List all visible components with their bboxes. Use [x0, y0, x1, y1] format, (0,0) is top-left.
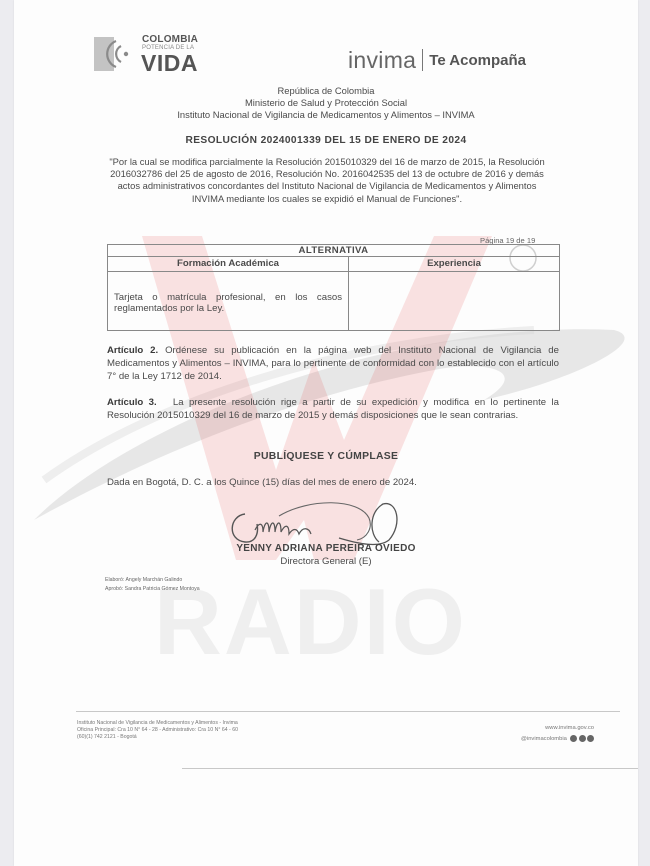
- document-page: RADIO COLOMBIA POTENCIA DE LA VIDA invim…: [14, 0, 638, 866]
- heading-ministry: Ministerio de Salud y Protección Social: [14, 97, 638, 108]
- approved-by: Aprobó: Sandra Patricia Gómez Montoya: [105, 586, 200, 592]
- website-link[interactable]: www.invima.gov.co: [484, 723, 594, 734]
- table-title: ALTERNATIVA: [108, 245, 560, 257]
- twitter-icon[interactable]: [579, 735, 586, 742]
- article-3: Artículo 3. La presente resolución rige …: [107, 396, 559, 422]
- signer-role: Directora General (E): [14, 556, 638, 567]
- closing-formula: PUBLÍQUESE Y CÚMPLASE: [14, 451, 638, 462]
- table-cell: [349, 272, 560, 331]
- logo-divider: [422, 49, 423, 71]
- heading-republic: República de Colombia: [14, 85, 638, 96]
- alternativa-table: ALTERNATIVA Formación Académica Experien…: [107, 244, 560, 331]
- column-header-experiencia: Experiencia: [349, 257, 560, 272]
- signer-name: YENNY ADRIANA PEREIRA OVIEDO: [14, 543, 638, 554]
- footer-contact: www.invima.gov.co @invimacolombia: [484, 723, 594, 745]
- table-cell: Tarjeta o matrícula profesional, en los …: [108, 272, 349, 331]
- handwritten-signature: [219, 494, 419, 550]
- article-2: Artículo 2. Ordénese su publicación en l…: [107, 344, 559, 383]
- preamble: "Por la cual se modifica parcialmente la…: [104, 156, 550, 205]
- table-row: Tarjeta o matrícula profesional, en los …: [108, 272, 560, 331]
- social-handle[interactable]: @invimacolombia: [521, 736, 567, 742]
- radio-watermark-text: RADIO: [154, 568, 467, 676]
- footer-address: Instituto Nacional de Vigilancia de Medi…: [77, 720, 238, 741]
- invima-tagline: Te Acompaña: [429, 52, 526, 69]
- colombia-potencia-de-la-vida-logo: COLOMBIA POTENCIA DE LA VIDA: [94, 33, 224, 79]
- article-label: Artículo 2.: [107, 345, 158, 356]
- article-text: La presente resolución rige a partir de …: [107, 397, 562, 421]
- instagram-icon[interactable]: [587, 735, 594, 742]
- article-label: Artículo 3.: [107, 397, 157, 408]
- invima-brand: invima: [348, 47, 416, 74]
- resolution-title: RESOLUCIÓN 2024001339 DEL 15 DE ENERO DE…: [14, 135, 638, 146]
- heading-institute: Instituto Nacional de Vigilancia de Medi…: [14, 109, 638, 120]
- facebook-icon[interactable]: [570, 735, 577, 742]
- footer-rule-top: [76, 711, 620, 712]
- article-text: Ordénese su publicación en la página web…: [107, 345, 559, 382]
- signal-waves-icon: [94, 35, 132, 73]
- given-at-line: Dada en Bogotá, D. C. a los Quince (15) …: [107, 477, 417, 488]
- invima-logo: invima Te Acompaña: [348, 46, 526, 74]
- footer-rule-bottom: [182, 768, 638, 769]
- elaborated-by: Elaboró: Angely Marchán Galindo: [105, 577, 182, 583]
- column-header-formacion: Formación Académica: [108, 257, 349, 272]
